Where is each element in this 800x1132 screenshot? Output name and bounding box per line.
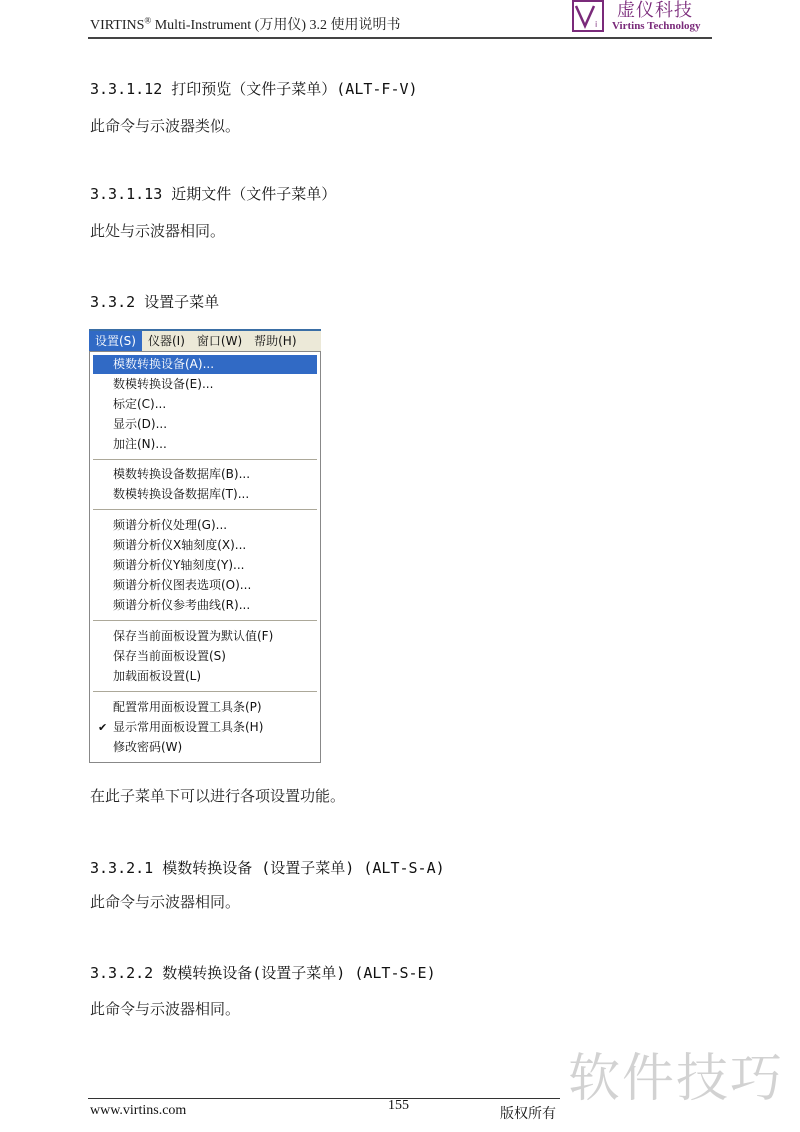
section-body: 此命令与示波器类似。 (90, 115, 240, 136)
menu-item-adc-database[interactable]: 模数转换设备数据库(B)... (93, 465, 317, 484)
logo-english-text: Virtins Technology (612, 20, 701, 32)
menu-item-sa-y-scale[interactable]: 频谱分析仪Y轴刻度(Y)... (93, 556, 317, 575)
footer-website: www.virtins.com (90, 1103, 186, 1119)
menu-item-save-panel[interactable]: 保存当前面板设置(S) (93, 647, 317, 666)
menu-item-load-panel[interactable]: 加载面板设置(L) (93, 667, 317, 686)
menu-separator (93, 509, 317, 511)
settings-dropdown: 模数转换设备(A)... 数模转换设备(E)... 标定(C)... 显示(D)… (89, 351, 321, 763)
menu-separator (93, 691, 317, 693)
menu-item-sa-reference-curve[interactable]: 频谱分析仪参考曲线(R)... (93, 596, 317, 615)
section-heading: 3.3.2 设置子菜单 (90, 291, 219, 312)
virtins-logo: i 虚仪科技 Virtins Technology (572, 0, 712, 36)
menu-item-annotation[interactable]: 加注(N)... (93, 435, 317, 454)
document-title: VIRTINS® Multi-Instrument (万用仪) 3.2 使用说明… (90, 14, 401, 34)
logo-mark-icon: i (572, 0, 604, 32)
menu-item-dac-device[interactable]: 数模转换设备(E)... (93, 375, 317, 394)
watermark-text: 软件技巧 (568, 1036, 784, 1111)
menu-item-sa-chart-options[interactable]: 频谱分析仪图表选项(O)... (93, 576, 317, 595)
menu-separator (93, 620, 317, 622)
menu-item-show-toolbar[interactable]: ✔ 显示常用面板设置工具条(H) (93, 718, 317, 737)
section-body: 此命令与示波器相同。 (90, 998, 240, 1019)
svg-text:i: i (595, 20, 597, 29)
menu-item-save-default[interactable]: 保存当前面板设置为默认值(F) (93, 627, 317, 646)
menubar-instrument[interactable]: 仪器(I) (142, 331, 191, 351)
menu-item-change-password[interactable]: 修改密码(W) (93, 738, 317, 757)
footer-divider (88, 1098, 560, 1099)
menu-item-label: 显示常用面板设置工具条(H) (113, 720, 263, 734)
section-heading: 3.3.2.2 数模转换设备(设置子菜单) (ALT-S-E) (90, 962, 436, 983)
title-brand: VIRTINS (90, 18, 144, 33)
menubar-help[interactable]: 帮助(H) (248, 331, 302, 351)
checkmark-icon: ✔ (98, 718, 107, 737)
menu-separator (93, 459, 317, 461)
section-body: 此命令与示波器相同。 (90, 891, 240, 912)
menu-item-calibration[interactable]: 标定(C)... (93, 395, 317, 414)
menu-item-adc-device[interactable]: 模数转换设备(A)... (93, 355, 317, 374)
logo-chinese-text: 虚仪科技 (617, 0, 693, 22)
section-heading: 3.3.2.1 模数转换设备 (设置子菜单) (ALT-S-A) (90, 857, 445, 878)
title-text: Multi-Instrument (万用仪) 3.2 使用说明书 (151, 18, 400, 33)
menu-item-display[interactable]: 显示(D)... (93, 415, 317, 434)
menubar-settings[interactable]: 设置(S) (89, 331, 142, 351)
section-heading: 3.3.1.12 打印预览（文件子菜单）(ALT-F-V) (90, 78, 418, 99)
settings-menu-screenshot: 设置(S) 仪器(I) 窗口(W) 帮助(H) 模数转换设备(A)... 数模转… (89, 329, 321, 763)
section-body: 此处与示波器相同。 (90, 220, 225, 241)
menu-item-sa-processing[interactable]: 频谱分析仪处理(G)... (93, 516, 317, 535)
menu-bar: 设置(S) 仪器(I) 窗口(W) 帮助(H) (89, 329, 321, 351)
menu-item-sa-x-scale[interactable]: 频谱分析仪X轴刻度(X)... (93, 536, 317, 555)
menu-item-configure-toolbar[interactable]: 配置常用面板设置工具条(P) (93, 698, 317, 717)
header-divider (88, 37, 712, 39)
section-body: 在此子菜单下可以进行各项设置功能。 (90, 785, 345, 806)
footer-copyright: 版权所有 (500, 1103, 556, 1123)
section-heading: 3.3.1.13 近期文件（文件子菜单） (90, 183, 336, 204)
page-number: 155 (388, 1098, 409, 1114)
menu-item-dac-database[interactable]: 数模转换设备数据库(T)... (93, 485, 317, 504)
menubar-window[interactable]: 窗口(W) (191, 331, 248, 351)
